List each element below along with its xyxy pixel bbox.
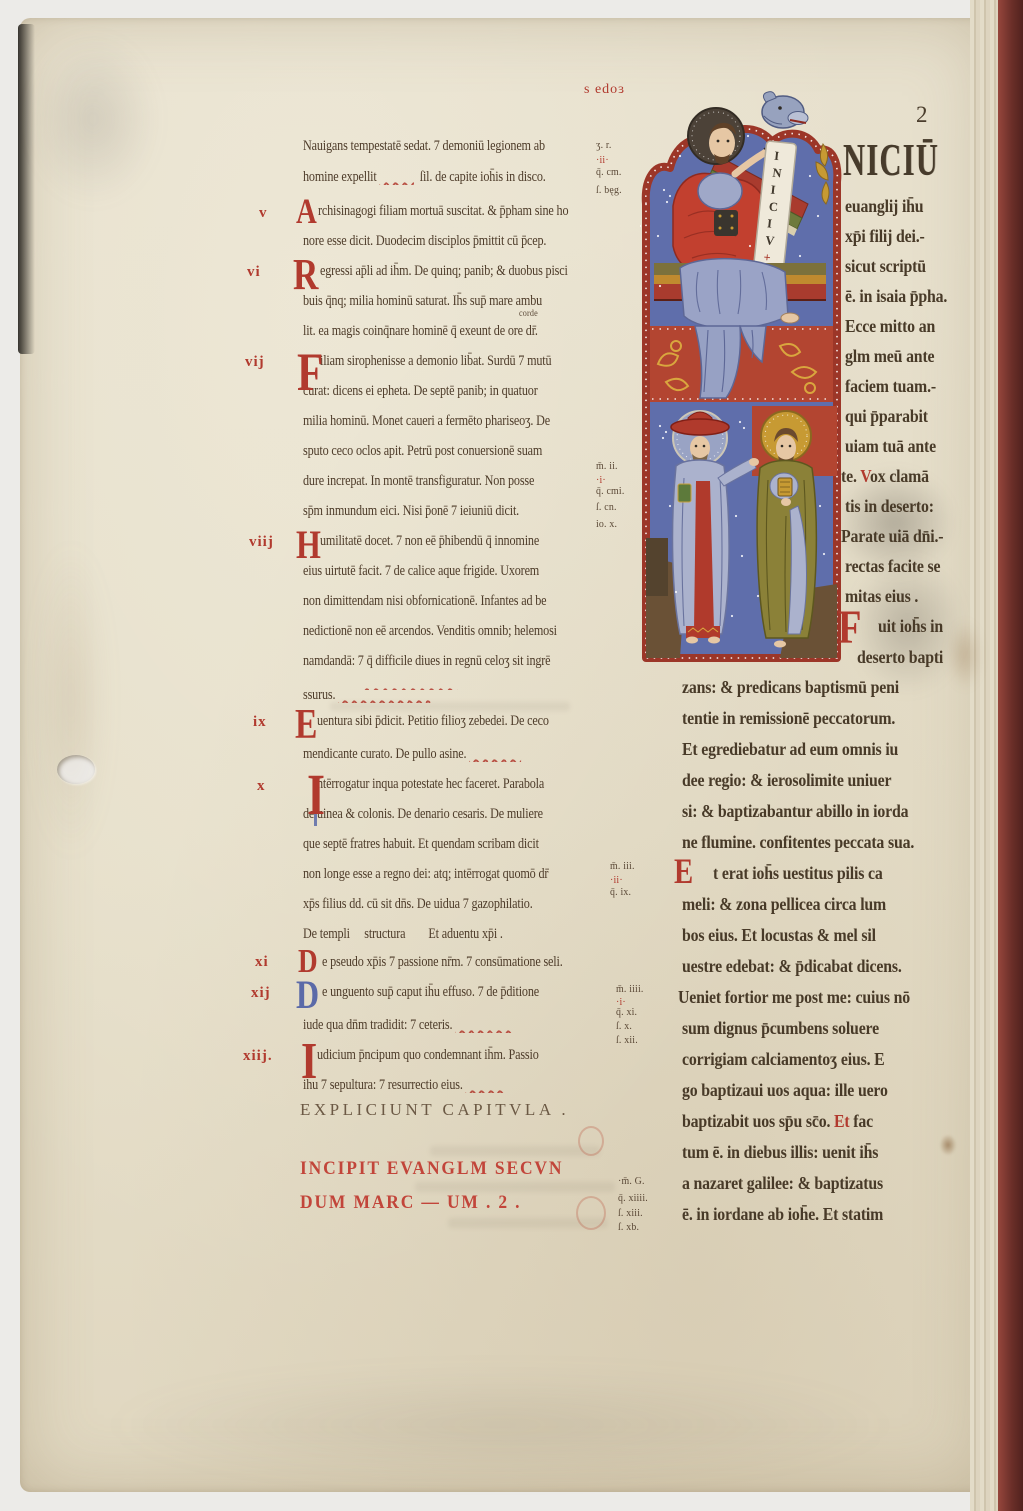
chapter-numeral: viij xyxy=(249,535,274,550)
bleedthrough-initial xyxy=(578,1126,604,1156)
margin-note: m̄. iiii. xyxy=(616,984,644,995)
quire-mark: s edoɜ xyxy=(584,82,625,98)
stain xyxy=(940,1135,956,1155)
capitula-line: que septē fratres habuit. Et quendam scr… xyxy=(303,837,539,852)
drop-initial: D xyxy=(296,978,319,1012)
margin-note: ·ii· xyxy=(596,155,609,166)
stain xyxy=(100,1370,900,1480)
margin-note: q̄. cmi. xyxy=(596,486,624,497)
capitula-line: ih̄u 7 sepultura: 7 resurrectio eius. xyxy=(303,1078,506,1093)
capitula-line: homine expellit ſil. de capite ioh̄is in… xyxy=(303,170,546,185)
drop-initial: E xyxy=(295,708,317,744)
incipit-rubric-line2: DUM MARC — UM . 2 . xyxy=(300,1192,521,1214)
drop-initial: F xyxy=(297,350,323,396)
capitula-line: iude qua dn̄m tradidit: 7 ceteris. xyxy=(303,1018,513,1033)
capitula-line: De templi structura Et aduentu xp̄i . xyxy=(303,927,503,942)
drop-initial: I xyxy=(301,1040,317,1084)
capitula-line: ntērrogatur inqua potestate hec faceret.… xyxy=(317,777,544,792)
saint-right xyxy=(757,411,816,648)
margin-note: ·ii· xyxy=(610,875,623,886)
capitula-line: umilitatē docet. 7 non eē p̄hibendū q̄ i… xyxy=(320,534,539,549)
folio-number: 2 xyxy=(916,102,928,128)
gospel-line: bos eius. Et locustas & mel sil xyxy=(682,926,876,944)
capitula-line: egressi ap̄li ad ih̄m. De quinq; panib; … xyxy=(320,264,568,279)
chapter-numeral: xiij. xyxy=(243,1049,273,1064)
capitula-line: rchisinagogi filiam mortuā suscitat. & p… xyxy=(318,204,568,219)
lion-of-mark xyxy=(762,92,808,128)
margin-note: m̄. iii. xyxy=(610,861,635,872)
capitula-line: de uinea & colonis. De denario cesaris. … xyxy=(303,807,543,822)
capitula-line: xp̄s filius dd. cū sit dn̄s. De uidua 7 … xyxy=(303,897,533,912)
margin-note: m̄. ii. xyxy=(596,461,618,472)
gospel-line: Parate uiā dn̄i.- xyxy=(841,527,943,545)
gospel-line: meli: & zona pellicea circa lum xyxy=(682,895,886,913)
gospel-line: a nazaret galilee: & baptizatus xyxy=(682,1174,883,1192)
capitula-line: Nauigans tempestatē sedat. 7 demoniū leg… xyxy=(303,139,545,154)
gospel-line: rectas facite se xyxy=(845,557,940,575)
gospel-line: Et egrediebatur ad eum omnis iu xyxy=(682,740,898,758)
drop-initial: F xyxy=(838,608,861,649)
capitula-line: sp̄m inmundum eici. Nisi p̄onē 7 ieiuniū… xyxy=(303,504,519,519)
gospel-line: deserto bapti xyxy=(857,648,943,666)
gospel-line: euanglij ih̄u xyxy=(845,197,923,215)
margin-note: ſ. x. xyxy=(616,1021,632,1032)
capitula-line: ssurus. xyxy=(303,688,430,703)
gospel-line: xp̄i filij dei.- xyxy=(845,227,925,245)
stain xyxy=(36,540,106,860)
margin-note: ſ. cn. xyxy=(596,502,617,513)
gospel-line: qui p̄parabit xyxy=(845,407,928,425)
gospel-line: dee regio: & ierosolimite uniuer xyxy=(682,771,891,789)
text-layer: s edoɜ 2 NICIŪ EXPLICIUNT CAPITVLA . INC… xyxy=(0,0,1023,1511)
gospel-line: go baptizaui uos aqua: ille uero xyxy=(682,1081,888,1099)
margin-note: ſ. xb. xyxy=(618,1222,639,1233)
gospel-line: tis in deserto: xyxy=(845,497,934,515)
gospel-line: ne flumine. confitentes peccata sua. xyxy=(682,833,914,851)
gospel-line: glm meū ante xyxy=(845,347,934,365)
gospel-line: uestre edebat: & p̄dicabat dicens. xyxy=(682,957,902,975)
margin-note: corde xyxy=(519,309,538,318)
capitula-line: sputo ceco oclos apit. Petrū post conuer… xyxy=(303,444,542,459)
bleedthrough-initial xyxy=(576,1196,606,1230)
capitula-line: eius uirtutē facit. 7 de calice aque fri… xyxy=(303,564,539,579)
drop-initial: E xyxy=(674,856,693,887)
ornament-band xyxy=(650,326,833,402)
gospel-line: uiam tuā ante xyxy=(845,437,936,455)
gospel-line: Ueniet fortior me post me: cuius nō xyxy=(678,988,910,1006)
margin-note: ʒ. r. xyxy=(596,140,611,151)
gospel-line: corrigiam calciamentoʒ eius. E xyxy=(682,1050,885,1068)
incipit-display-capitals: NICIŪ xyxy=(843,133,939,186)
chapter-numeral: xi xyxy=(255,955,269,970)
gospel-line: baptizabit uos sp̄u sc̄o. Et fac xyxy=(682,1112,873,1130)
margin-note: ſ. bęg. xyxy=(596,185,622,196)
margin-note: ·m̄. G. xyxy=(618,1176,645,1187)
illuminated-initial-miniature: INICIV+ xyxy=(640,86,843,664)
margin-note: ſ. xii. xyxy=(616,1035,638,1046)
capitula-line: lit. ea magis coinq̄nare hominē q̄ exeun… xyxy=(303,324,538,339)
gospel-line: tentie in remissionē peccatorum. xyxy=(682,709,895,727)
capitula-line: non dimittendam nisi obfornicationē. Inf… xyxy=(303,594,546,609)
gospel-line: te. Vox clamā xyxy=(841,467,929,485)
margin-note: io. x. xyxy=(596,519,617,530)
gospel-line: ē. in iordane ab ioh̄e. Et statim xyxy=(682,1205,883,1223)
capitula-line: iliam sirophenisse a demonio lib̄at. Sur… xyxy=(320,354,551,369)
gospel-line: ē. in isaia p̄pha. xyxy=(845,287,947,305)
capitula-line: dure increpat. In montē transfiguratur. … xyxy=(303,474,534,489)
drop-initial: A xyxy=(296,196,317,227)
margin-note: ſ. xiii. xyxy=(618,1208,643,1219)
capitula-line: mendicante curato. De pullo asine. xyxy=(303,747,521,762)
capitula-line: buis q̄nq; milia hominū saturat. Ih̄s su… xyxy=(303,294,542,309)
svg-text:V: V xyxy=(765,233,775,248)
incipit-rubric-line1: INCIPIT EVANGLM SECVN xyxy=(300,1158,563,1180)
gospel-line: si: & baptizabantur abillo in iorda xyxy=(682,802,908,820)
capitula-line: nedictionē non eē arcendos. Venditis omn… xyxy=(303,624,557,639)
gospel-line: tum ē. in diebus illis: uenit ih̄s xyxy=(682,1143,878,1161)
capitula-line: curat: dicens ei epheta. De septē panib;… xyxy=(303,384,538,399)
chapter-numeral: xij xyxy=(251,986,271,1001)
margin-note: q̄. xi. xyxy=(616,1007,637,1018)
bleedthrough-text xyxy=(415,1182,615,1192)
chapter-numeral: v xyxy=(259,206,268,221)
explicit-rubric: EXPLICIUNT CAPITVLA . xyxy=(300,1100,569,1120)
bleedthrough-text xyxy=(330,702,570,711)
gospel-line: sum dignus p̄cumbens soluere xyxy=(682,1019,879,1037)
chapter-numeral: vij xyxy=(245,355,265,370)
gospel-line: faciem tuam.- xyxy=(845,377,936,395)
capitula-line: uentura sibi p̄dicit. Petitio filioʒ zeb… xyxy=(317,714,549,729)
svg-text:N: N xyxy=(772,166,782,181)
gospel-line: uit ioh̄s in xyxy=(878,617,943,635)
chapter-numeral: x xyxy=(257,779,266,794)
margin-note: q̄. cm. xyxy=(596,167,622,178)
capitula-line: e pseudo xp̄is 7 passione nr̄m. 7 consūm… xyxy=(322,955,563,970)
capitula-line: udicium p̄ncipum quo condemnant ih̄m. Pa… xyxy=(317,1048,539,1063)
margin-note: q̄. ix. xyxy=(610,887,631,898)
gospel-line: zans: & predicans baptismū peni xyxy=(682,678,899,696)
stain xyxy=(948,620,982,690)
gospel-line: sicut scriptū xyxy=(845,257,926,275)
stain xyxy=(28,34,158,204)
gospel-line: t erat ioh̄s uestitus pilis ca xyxy=(713,864,883,882)
drop-initial: I xyxy=(307,770,325,819)
capitula-line: nore esse dicit. Duodecim disciplos p̄mi… xyxy=(303,234,546,249)
manuscript-photo: s edoɜ 2 NICIŪ EXPLICIUNT CAPITVLA . INC… xyxy=(0,0,1023,1511)
chapter-numeral: ix xyxy=(253,715,267,730)
svg-text:C: C xyxy=(768,199,778,214)
capitula-line: non longe esse a regno dei: atq; intērro… xyxy=(303,867,548,882)
capitula-line: e unguento sup̄ caput ih̄u effuso. 7 de … xyxy=(322,985,539,1000)
margin-note: q̄. xiiii. xyxy=(618,1193,648,1204)
capitula-line: namdandā: 7 q̄ difficile diues in regnū … xyxy=(303,654,550,669)
capitula-line: milia hominū. Monet caueri a fermēto pha… xyxy=(303,414,550,429)
gospel-line: Ecce mitto an xyxy=(845,317,935,335)
bleedthrough-text xyxy=(430,1146,600,1156)
chapter-numeral: vi xyxy=(247,265,261,280)
drop-initial: H xyxy=(296,528,321,562)
drop-initial: R xyxy=(293,256,318,293)
